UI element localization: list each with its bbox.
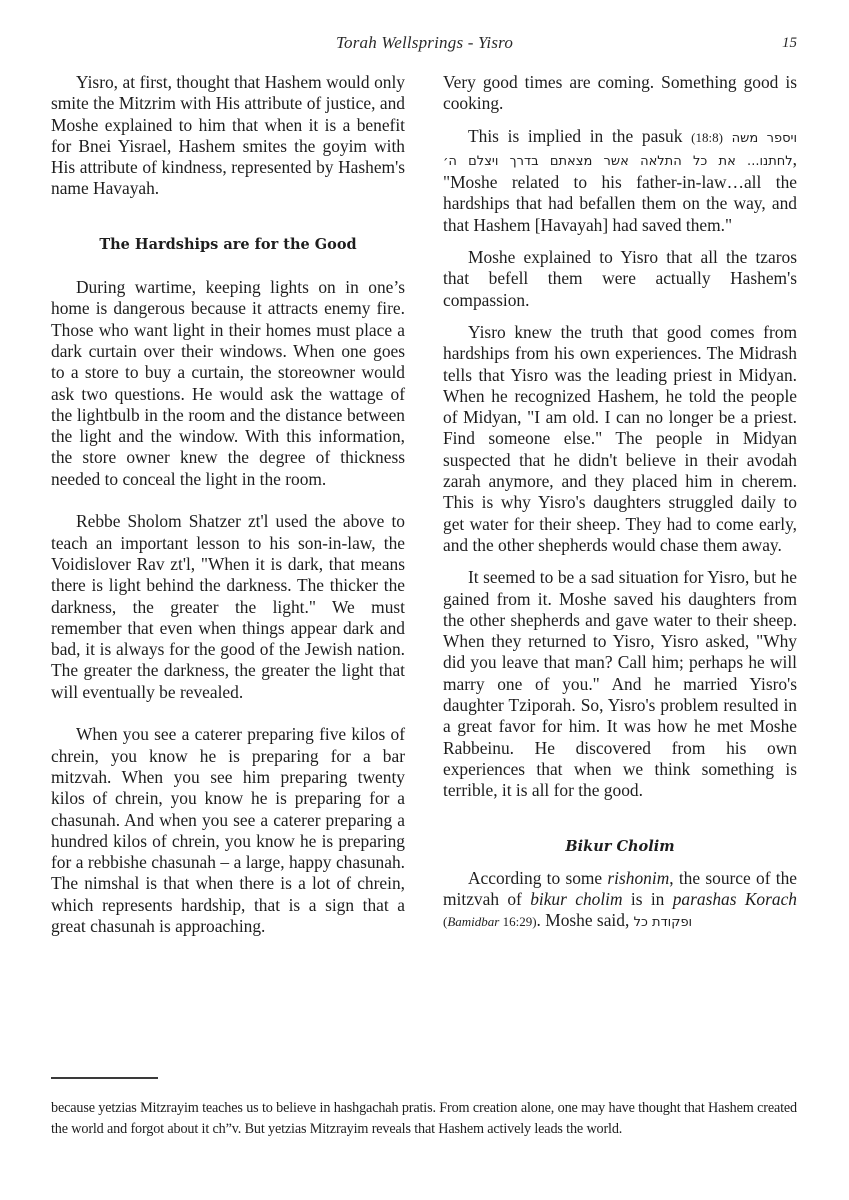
spacer bbox=[51, 703, 405, 724]
paragraph: Yisro knew the truth that good comes fro… bbox=[443, 322, 797, 556]
right-column: Very good times are coming. Something go… bbox=[443, 72, 797, 934]
text: . Moshe said, bbox=[537, 910, 634, 930]
spacer bbox=[443, 311, 797, 322]
verse-reference: (18:8) bbox=[691, 130, 723, 145]
footnote: because yetzias Mitzrayim teaches us to … bbox=[51, 1098, 797, 1139]
book-name: Bamidbar bbox=[447, 914, 499, 929]
paragraph: This is implied in the pasuk (18:8) ויספ… bbox=[443, 126, 797, 236]
spacer bbox=[51, 490, 405, 511]
paragraph: According to some rishonim, the source o… bbox=[443, 868, 797, 934]
paragraph: Rebbe Sholom Shatzer zt'l used the above… bbox=[51, 511, 405, 703]
paragraph: It seemed to be a sad situation for Yisr… bbox=[443, 567, 797, 801]
spacer bbox=[443, 802, 797, 836]
text: This is implied in the pasuk bbox=[468, 126, 691, 146]
text: 16:29) bbox=[499, 914, 536, 929]
section-heading: The Hardships are for the Good bbox=[51, 234, 405, 255]
text: According to some bbox=[468, 868, 607, 888]
document-page: Torah Wellsprings - Yisro 15 Yisro, at f… bbox=[0, 0, 849, 1200]
page-number: 15 bbox=[782, 35, 797, 52]
term: bikur cholim bbox=[530, 889, 622, 909]
paragraph: Yisro, at first, thought that Hashem wou… bbox=[51, 72, 405, 200]
verse-reference: (Bamidbar 16:29) bbox=[443, 914, 537, 929]
hebrew-quote: לחתנו... את כל התלאה אשר מצאתם בדרך ויצל… bbox=[443, 154, 793, 169]
spacer bbox=[51, 255, 405, 266]
spacer bbox=[443, 115, 797, 126]
term: parashas Korach bbox=[673, 889, 797, 909]
paragraph: Moshe explained to Yisro that all the tz… bbox=[443, 247, 797, 311]
spacer bbox=[51, 266, 405, 277]
spacer bbox=[443, 857, 797, 868]
spacer bbox=[443, 236, 797, 247]
section-heading: Bikur Cholim bbox=[443, 836, 797, 857]
hebrew-quote: ויספר משה bbox=[732, 131, 797, 146]
spacer bbox=[51, 200, 405, 234]
hebrew-quote: ופקודת כל bbox=[634, 915, 692, 930]
text: is in bbox=[623, 889, 673, 909]
paragraph: During wartime, keeping lights on in one… bbox=[51, 277, 405, 490]
spacer bbox=[443, 556, 797, 567]
left-column: Yisro, at first, thought that Hashem wou… bbox=[51, 72, 405, 937]
footnote-divider bbox=[51, 1077, 158, 1079]
term: rishonim bbox=[607, 868, 669, 888]
paragraph: When you see a caterer preparing five ki… bbox=[51, 724, 405, 937]
running-title: Torah Wellsprings - Yisro bbox=[0, 33, 849, 53]
paragraph-continued: Very good times are coming. Something go… bbox=[443, 72, 797, 115]
